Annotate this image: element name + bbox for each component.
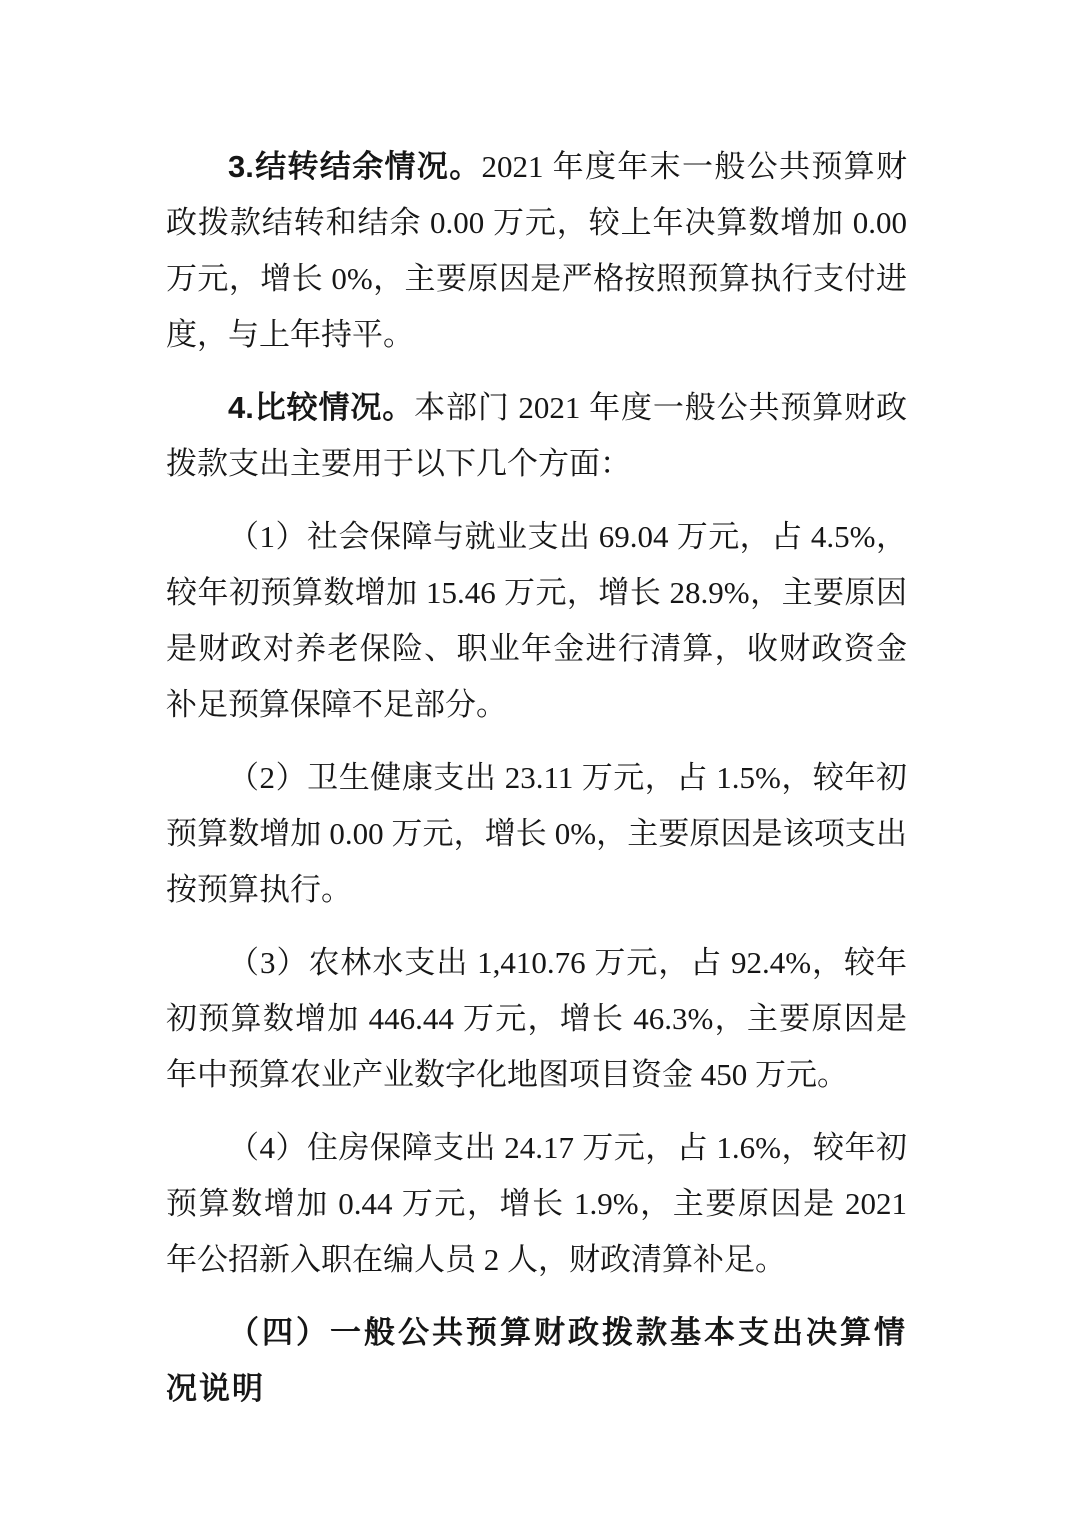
paragraph: （3）农林水支出 1,410.76 万元，占 92.4%，较年初预算数增加 44… [166,935,907,1103]
paragraph-text: （3）农林水支出 1,410.76 万元，占 92.4%，较年初预算数增加 44… [166,945,907,1092]
paragraph-lead-bold: （四）一般公共预算财政拨款基本支出决算情况说明 [166,1315,907,1406]
paragraph-text: （1）社会保障与就业支出 69.04 万元，占 4.5%，较年初预算数增加 15… [166,519,907,722]
paragraph: （1）社会保障与就业支出 69.04 万元，占 4.5%，较年初预算数增加 15… [166,509,907,733]
paragraph-lead-bold: 4.比较情况。 [228,390,414,425]
paragraph: （四）一般公共预算财政拨款基本支出决算情况说明 [166,1305,907,1417]
paragraph: （4）住房保障支出 24.17 万元，占 1.6%，较年初预算数增加 0.44 … [166,1120,907,1288]
paragraph-lead-bold: 3.结转结余情况。 [228,149,482,184]
paragraph: 3.结转结余情况。2021 年度年末一般公共预算财政拨款结转和结余 0.00 万… [166,139,907,363]
paragraph-text: （2）卫生健康支出 23.11 万元，占 1.5%，较年初预算数增加 0.00 … [166,760,907,907]
document-page: 3.结转结余情况。2021 年度年末一般公共预算财政拨款结转和结余 0.00 万… [0,0,1075,1520]
document-body: 3.结转结余情况。2021 年度年末一般公共预算财政拨款结转和结余 0.00 万… [166,139,907,1434]
paragraph: （2）卫生健康支出 23.11 万元，占 1.5%，较年初预算数增加 0.00 … [166,750,907,918]
paragraph: 4.比较情况。本部门 2021 年度一般公共预算财政拨款支出主要用于以下几个方面… [166,380,907,492]
paragraph-text: （4）住房保障支出 24.17 万元，占 1.6%，较年初预算数增加 0.44 … [166,1130,907,1277]
